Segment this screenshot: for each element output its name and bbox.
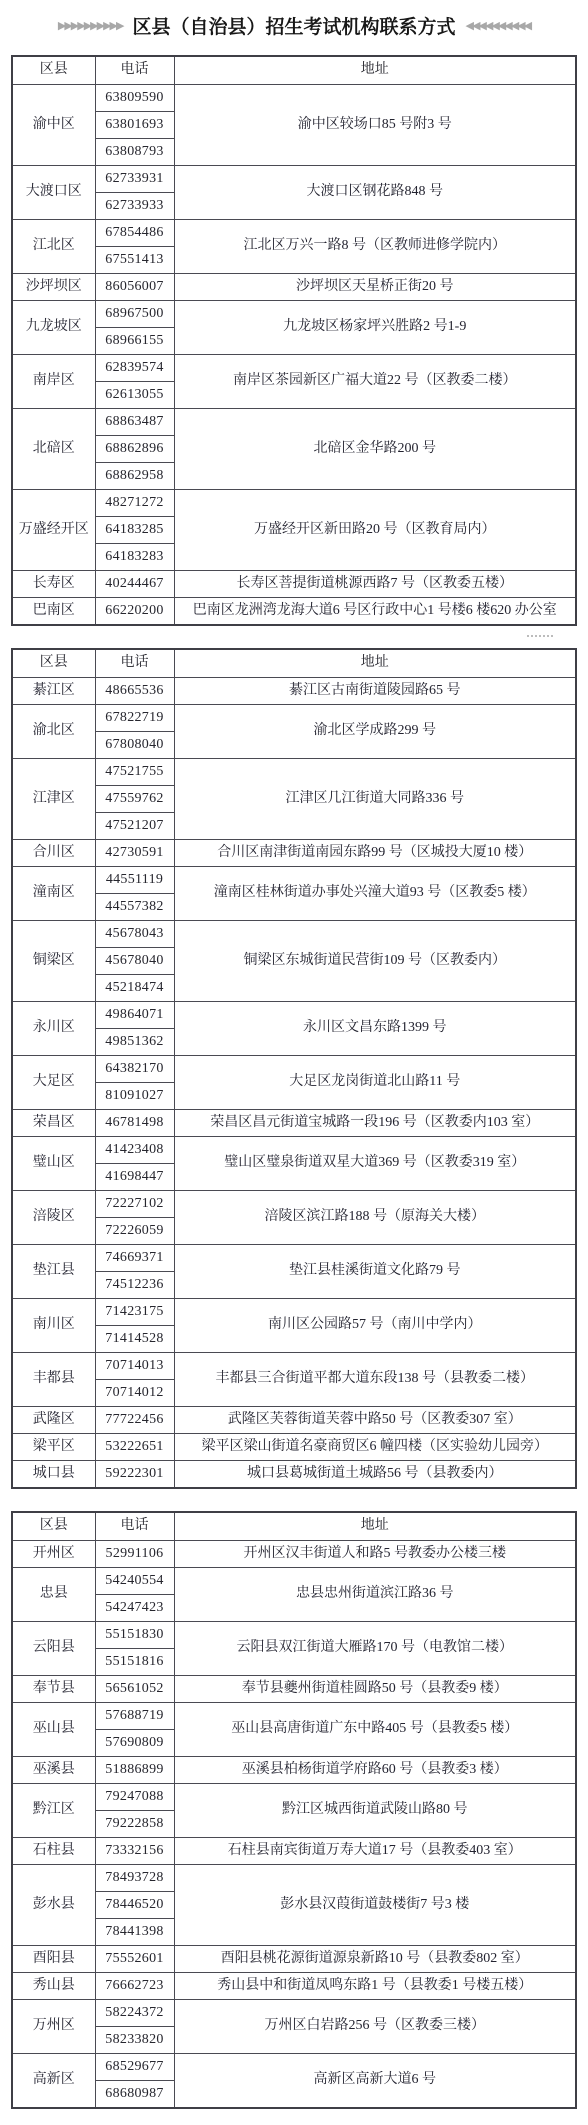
table-row: 城口县59222301城口县葛城街道土城路56 号（县教委内） [12, 1461, 576, 1489]
address-cell: 渝中区较场口85 号附3 号 [174, 85, 576, 166]
phone-cell: 52991106 [95, 1541, 174, 1568]
phone-cell: 47521207 [95, 813, 174, 840]
table-row: 綦江区48665536綦江区古南街道陵园路65 号 [12, 678, 576, 705]
phone-cell: 68863487 [95, 409, 174, 436]
phone-cell: 63809590 [95, 85, 174, 112]
phone-cell: 71423175 [95, 1299, 174, 1326]
column-header-phone: 电话 [95, 56, 174, 85]
phone-cell: 51886899 [95, 1757, 174, 1784]
district-cell: 武隆区 [12, 1407, 95, 1434]
phone-cell: 41423408 [95, 1137, 174, 1164]
address-cell: 江北区万兴一路8 号（区教师进修学院内） [174, 220, 576, 274]
table-gap [11, 1489, 577, 1511]
header-row: 区县电话地址 [12, 56, 576, 85]
phone-cell: 72226059 [95, 1218, 174, 1245]
column-header-district: 区县 [12, 649, 95, 678]
address-cell: 忠县忠州街道滨江路36 号 [174, 1568, 576, 1622]
table-row: 南川区71423175南川区公园路57 号（南川中学内） [12, 1299, 576, 1326]
phone-cell: 49864071 [95, 1002, 174, 1029]
address-cell: 长寿区菩提街道桃源西路7 号（区教委五楼） [174, 571, 576, 598]
table-row: 沙坪坝区86056007沙坪坝区天星桥正街20 号 [12, 274, 576, 301]
table-row: 巫山县57688719巫山县高唐街道广东中路405 号（县教委5 楼） [12, 1703, 576, 1730]
district-cell: 万盛经开区 [12, 490, 95, 571]
header-row: 区县电话地址 [12, 649, 576, 678]
phone-cell: 68529677 [95, 2054, 174, 2081]
phone-cell: 78493728 [95, 1865, 174, 1892]
phone-cell: 78446520 [95, 1892, 174, 1919]
column-header-address: 地址 [174, 56, 576, 85]
address-cell: 綦江区古南街道陵园路65 号 [174, 678, 576, 705]
address-cell: 九龙坡区杨家坪兴胜路2 号1-9 [174, 301, 576, 355]
address-cell: 渝北区学成路299 号 [174, 705, 576, 759]
address-cell: 武隆区芙蓉街道芙蓉中路50 号（区教委307 室） [174, 1407, 576, 1434]
phone-cell: 55151816 [95, 1649, 174, 1676]
title-row: ▶▶▶▶▶▶▶▶▶▶ 区县（自治县）招生考试机构联系方式 ◀◀◀◀◀◀◀◀◀◀ [11, 12, 577, 39]
address-cell: 潼南区桂林街道办事处兴潼大道93 号（区教委5 楼） [174, 867, 576, 921]
district-cell: 酉阳县 [12, 1946, 95, 1973]
district-cell: 大渡口区 [12, 166, 95, 220]
phone-cell: 45678040 [95, 948, 174, 975]
address-cell: 垫江县桂溪街道文化路79 号 [174, 1245, 576, 1299]
table-row: 潼南区44551119潼南区桂林街道办事处兴潼大道93 号（区教委5 楼） [12, 867, 576, 894]
district-cell: 石柱县 [12, 1838, 95, 1865]
address-cell: 璧山区璧泉街道双星大道369 号（区教委319 室） [174, 1137, 576, 1191]
table-row: 铜梁区45678043铜梁区东城街道民营街109 号（区教委内） [12, 921, 576, 948]
phone-cell: 64382170 [95, 1056, 174, 1083]
phone-cell: 76662723 [95, 1973, 174, 2000]
phone-cell: 62733933 [95, 193, 174, 220]
phone-cell: 40244467 [95, 571, 174, 598]
phone-cell: 46781498 [95, 1110, 174, 1137]
contact-table-section-1: 区县电话地址渝中区63809590渝中区较场口85 号附3 号638016936… [11, 55, 577, 626]
phone-cell: 58233820 [95, 2027, 174, 2054]
table-row: 荣昌区46781498荣昌区昌元街道宝城路一段196 号（区教委内103 室） [12, 1110, 576, 1137]
district-cell: 渝中区 [12, 85, 95, 166]
address-cell: 涪陵区滨江路188 号（原海关大楼） [174, 1191, 576, 1245]
contact-table-section-3: 区县电话地址开州区52991106开州区汉丰街道人和路5 号教委办公楼三楼忠县5… [11, 1511, 577, 2109]
address-cell: 梁平区梁山街道名豪商贸区6 幢四楼（区实验幼儿园旁） [174, 1434, 576, 1461]
phone-cell: 79222858 [95, 1811, 174, 1838]
phone-cell: 71414528 [95, 1326, 174, 1353]
address-cell: 彭水县汉葭街道鼓楼街7 号3 楼 [174, 1865, 576, 1946]
district-cell: 垫江县 [12, 1245, 95, 1299]
district-cell: 长寿区 [12, 571, 95, 598]
address-cell: 酉阳县桃花源街道源泉新路10 号（县教委802 室） [174, 1946, 576, 1973]
phone-cell: 47521755 [95, 759, 174, 786]
district-cell: 璧山区 [12, 1137, 95, 1191]
district-cell: 涪陵区 [12, 1191, 95, 1245]
address-cell: 南岸区茶园新区广福大道22 号（区教委二楼） [174, 355, 576, 409]
address-cell: 开州区汉丰街道人和路5 号教委办公楼三楼 [174, 1541, 576, 1568]
phone-cell: 68862958 [95, 463, 174, 490]
phone-cell: 44551119 [95, 867, 174, 894]
address-cell: 大渡口区钢花路848 号 [174, 166, 576, 220]
address-cell: 江津区几江街道大同路336 号 [174, 759, 576, 840]
district-cell: 铜梁区 [12, 921, 95, 1002]
phone-cell: 64183285 [95, 517, 174, 544]
district-cell: 九龙坡区 [12, 301, 95, 355]
phone-cell: 68967500 [95, 301, 174, 328]
table-row: 巫溪县51886899巫溪县柏杨街道学府路60 号（县教委3 楼） [12, 1757, 576, 1784]
contact-table: 区县电话地址开州区52991106开州区汉丰街道人和路5 号教委办公楼三楼忠县5… [11, 1511, 577, 2109]
address-cell: 铜梁区东城街道民营街109 号（区教委内） [174, 921, 576, 1002]
phone-cell: 59222301 [95, 1461, 174, 1489]
table-row: 石柱县73332156石柱县南宾街道万寿大道17 号（县教委403 室） [12, 1838, 576, 1865]
phone-cell: 86056007 [95, 274, 174, 301]
phone-cell: 78441398 [95, 1919, 174, 1946]
table-row: 垫江县74669371垫江县桂溪街道文化路79 号 [12, 1245, 576, 1272]
table-row: 大渡口区62733931大渡口区钢花路848 号 [12, 166, 576, 193]
table-row: 秀山县76662723秀山县中和街道凤鸣东路1 号（县教委1 号楼五楼） [12, 1973, 576, 2000]
address-cell: 石柱县南宾街道万寿大道17 号（县教委403 室） [174, 1838, 576, 1865]
phone-cell: 68862896 [95, 436, 174, 463]
phone-cell: 45218474 [95, 975, 174, 1002]
phone-cell: 63808793 [95, 139, 174, 166]
district-cell: 永川区 [12, 1002, 95, 1056]
table-row: 南岸区62839574南岸区茶园新区广福大道22 号（区教委二楼） [12, 355, 576, 382]
district-cell: 开州区 [12, 1541, 95, 1568]
address-cell: 云阳县双江街道大雁路170 号（电教馆二楼） [174, 1622, 576, 1676]
table-row: 开州区52991106开州区汉丰街道人和路5 号教委办公楼三楼 [12, 1541, 576, 1568]
phone-cell: 72227102 [95, 1191, 174, 1218]
district-cell: 万州区 [12, 2000, 95, 2054]
phone-cell: 48665536 [95, 678, 174, 705]
phone-cell: 58224372 [95, 2000, 174, 2027]
phone-cell: 81091027 [95, 1083, 174, 1110]
right-arrows-icon: ◀◀◀◀◀◀◀◀◀◀ [466, 19, 531, 32]
column-header-address: 地址 [174, 649, 576, 678]
district-cell: 城口县 [12, 1461, 95, 1489]
phone-cell: 44557382 [95, 894, 174, 921]
phone-cell: 54247423 [95, 1595, 174, 1622]
phone-cell: 45678043 [95, 921, 174, 948]
address-cell: 奉节县夔州街道桂圆路50 号（县教委9 楼） [174, 1676, 576, 1703]
phone-cell: 53222651 [95, 1434, 174, 1461]
phone-cell: 70714012 [95, 1380, 174, 1407]
district-cell: 大足区 [12, 1056, 95, 1110]
district-cell: 忠县 [12, 1568, 95, 1622]
phone-cell: 57688719 [95, 1703, 174, 1730]
address-cell: 巴南区龙洲湾龙海大道6 号区行政中心1 号楼6 楼620 办公室 [174, 598, 576, 626]
column-header-district: 区县 [12, 1512, 95, 1541]
phone-cell: 67822719 [95, 705, 174, 732]
address-cell: 合川区南津街道南园东路99 号（区城投大厦10 楼） [174, 840, 576, 867]
table-row: 长寿区40244467长寿区菩提街道桃源西路7 号（区教委五楼） [12, 571, 576, 598]
table-row: 丰都县70714013丰都县三合街道平都大道东段138 号（县教委二楼） [12, 1353, 576, 1380]
address-cell: 万州区白岩路256 号（区教委三楼） [174, 2000, 576, 2054]
phone-cell: 56561052 [95, 1676, 174, 1703]
phone-cell: 74669371 [95, 1245, 174, 1272]
address-cell: 万盛经开区新田路20 号（区教育局内） [174, 490, 576, 571]
page: ▶▶▶▶▶▶▶▶▶▶ 区县（自治县）招生考试机构联系方式 ◀◀◀◀◀◀◀◀◀◀ … [0, 0, 588, 2125]
contact-table-section-2: 区县电话地址綦江区48665536綦江区古南街道陵园路65 号渝北区678227… [11, 648, 577, 1489]
table-row: 渝北区67822719渝北区学成路299 号 [12, 705, 576, 732]
table-row: 忠县54240554忠县忠州街道滨江路36 号 [12, 1568, 576, 1595]
address-cell: 丰都县三合街道平都大道东段138 号（县教委二楼） [174, 1353, 576, 1407]
phone-cell: 55151830 [95, 1622, 174, 1649]
table-row: 武隆区77722456武隆区芙蓉街道芙蓉中路50 号（区教委307 室） [12, 1407, 576, 1434]
column-header-address: 地址 [174, 1512, 576, 1541]
phone-cell: 67551413 [95, 247, 174, 274]
column-header-phone: 电话 [95, 649, 174, 678]
phone-cell: 67854486 [95, 220, 174, 247]
table-row: 巴南区66220200巴南区龙洲湾龙海大道6 号区行政中心1 号楼6 楼620 … [12, 598, 576, 626]
address-cell: 黔江区城西街道武陵山路80 号 [174, 1784, 576, 1838]
phone-cell: 66220200 [95, 598, 174, 626]
district-cell: 南岸区 [12, 355, 95, 409]
table-row: 云阳县55151830云阳县双江街道大雁路170 号（电教馆二楼） [12, 1622, 576, 1649]
table-row: 高新区68529677高新区高新大道6 号 [12, 2054, 576, 2081]
phone-cell: 70714013 [95, 1353, 174, 1380]
phone-cell: 54240554 [95, 1568, 174, 1595]
phone-cell: 48271272 [95, 490, 174, 517]
table-row: 彭水县78493728彭水县汉葭街道鼓楼街7 号3 楼 [12, 1865, 576, 1892]
address-cell: 南川区公园路57 号（南川中学内） [174, 1299, 576, 1353]
district-cell: 潼南区 [12, 867, 95, 921]
address-cell: 巫山县高唐街道广东中路405 号（县教委5 楼） [174, 1703, 576, 1757]
table-row: 永川区49864071永川区文昌东路1399 号 [12, 1002, 576, 1029]
district-cell: 巴南区 [12, 598, 95, 626]
address-cell: 大足区龙岗街道北山路11 号 [174, 1056, 576, 1110]
district-cell: 合川区 [12, 840, 95, 867]
address-cell: 沙坪坝区天星桥正街20 号 [174, 274, 576, 301]
address-cell: 秀山县中和街道凤鸣东路1 号（县教委1 号楼五楼） [174, 1973, 576, 2000]
phone-cell: 68966155 [95, 328, 174, 355]
district-cell: 奉节县 [12, 1676, 95, 1703]
address-cell: 城口县葛城街道土城路56 号（县教委内） [174, 1461, 576, 1489]
header-row: 区县电话地址 [12, 1512, 576, 1541]
table-row: 合川区42730591合川区南津街道南园东路99 号（区城投大厦10 楼） [12, 840, 576, 867]
phone-cell: 42730591 [95, 840, 174, 867]
contact-table: 区县电话地址渝中区63809590渝中区较场口85 号附3 号638016936… [11, 55, 577, 626]
address-cell: 永川区文昌东路1399 号 [174, 1002, 576, 1056]
district-cell: 江北区 [12, 220, 95, 274]
district-cell: 高新区 [12, 2054, 95, 2109]
district-cell: 渝北区 [12, 705, 95, 759]
table-row: 渝中区63809590渝中区较场口85 号附3 号 [12, 85, 576, 112]
address-cell: 高新区高新大道6 号 [174, 2054, 576, 2109]
district-cell: 巫溪县 [12, 1757, 95, 1784]
phone-cell: 67808040 [95, 732, 174, 759]
district-cell: 彭水县 [12, 1865, 95, 1946]
phone-cell: 64183283 [95, 544, 174, 571]
table-gap [11, 626, 577, 648]
district-cell: 荣昌区 [12, 1110, 95, 1137]
table-row: 璧山区41423408璧山区璧泉街道双星大道369 号（区教委319 室） [12, 1137, 576, 1164]
table-row: 九龙坡区68967500九龙坡区杨家坪兴胜路2 号1-9 [12, 301, 576, 328]
phone-cell: 62613055 [95, 382, 174, 409]
phone-cell: 62839574 [95, 355, 174, 382]
phone-cell: 73332156 [95, 1838, 174, 1865]
column-header-phone: 电话 [95, 1512, 174, 1541]
district-cell: 巫山县 [12, 1703, 95, 1757]
phone-cell: 63801693 [95, 112, 174, 139]
phone-cell: 75552601 [95, 1946, 174, 1973]
district-cell: 丰都县 [12, 1353, 95, 1407]
district-cell: 黔江区 [12, 1784, 95, 1838]
table-row: 酉阳县75552601酉阳县桃花源街道源泉新路10 号（县教委802 室） [12, 1946, 576, 1973]
phone-cell: 77722456 [95, 1407, 174, 1434]
district-cell: 綦江区 [12, 678, 95, 705]
column-header-district: 区县 [12, 56, 95, 85]
table-row: 梁平区53222651梁平区梁山街道名豪商贸区6 幢四楼（区实验幼儿园旁） [12, 1434, 576, 1461]
table-row: 涪陵区72227102涪陵区滨江路188 号（原海关大楼） [12, 1191, 576, 1218]
district-cell: 沙坪坝区 [12, 274, 95, 301]
phone-cell: 68680987 [95, 2081, 174, 2109]
address-cell: 巫溪县柏杨街道学府路60 号（县教委3 楼） [174, 1757, 576, 1784]
phone-cell: 57690809 [95, 1730, 174, 1757]
phone-cell: 74512236 [95, 1272, 174, 1299]
table-row: 江津区47521755江津区几江街道大同路336 号 [12, 759, 576, 786]
district-cell: 梁平区 [12, 1434, 95, 1461]
contact-table: 区县电话地址綦江区48665536綦江区古南街道陵园路65 号渝北区678227… [11, 648, 577, 1489]
district-cell: 江津区 [12, 759, 95, 840]
district-cell: 南川区 [12, 1299, 95, 1353]
phone-cell: 79247088 [95, 1784, 174, 1811]
page-title: 区县（自治县）招生考试机构联系方式 [132, 12, 455, 39]
table-row: 万州区58224372万州区白岩路256 号（区教委三楼） [12, 2000, 576, 2027]
table-row: 万盛经开区48271272万盛经开区新田路20 号（区教育局内） [12, 490, 576, 517]
table-row: 黔江区79247088黔江区城西街道武陵山路80 号 [12, 1784, 576, 1811]
table-row: 江北区67854486江北区万兴一路8 号（区教师进修学院内） [12, 220, 576, 247]
left-arrows-icon: ▶▶▶▶▶▶▶▶▶▶ [58, 19, 123, 32]
address-cell: 北碚区金华路200 号 [174, 409, 576, 490]
table-row: 北碚区68863487北碚区金华路200 号 [12, 409, 576, 436]
phone-cell: 47559762 [95, 786, 174, 813]
phone-cell: 49851362 [95, 1029, 174, 1056]
district-cell: 北碚区 [12, 409, 95, 490]
address-cell: 荣昌区昌元街道宝城路一段196 号（区教委内103 室） [174, 1110, 576, 1137]
district-cell: 秀山县 [12, 1973, 95, 2000]
phone-cell: 62733931 [95, 166, 174, 193]
noise-mark [527, 635, 553, 637]
phone-cell: 41698447 [95, 1164, 174, 1191]
district-cell: 云阳县 [12, 1622, 95, 1676]
table-row: 大足区64382170大足区龙岗街道北山路11 号 [12, 1056, 576, 1083]
table-row: 奉节县56561052奉节县夔州街道桂圆路50 号（县教委9 楼） [12, 1676, 576, 1703]
